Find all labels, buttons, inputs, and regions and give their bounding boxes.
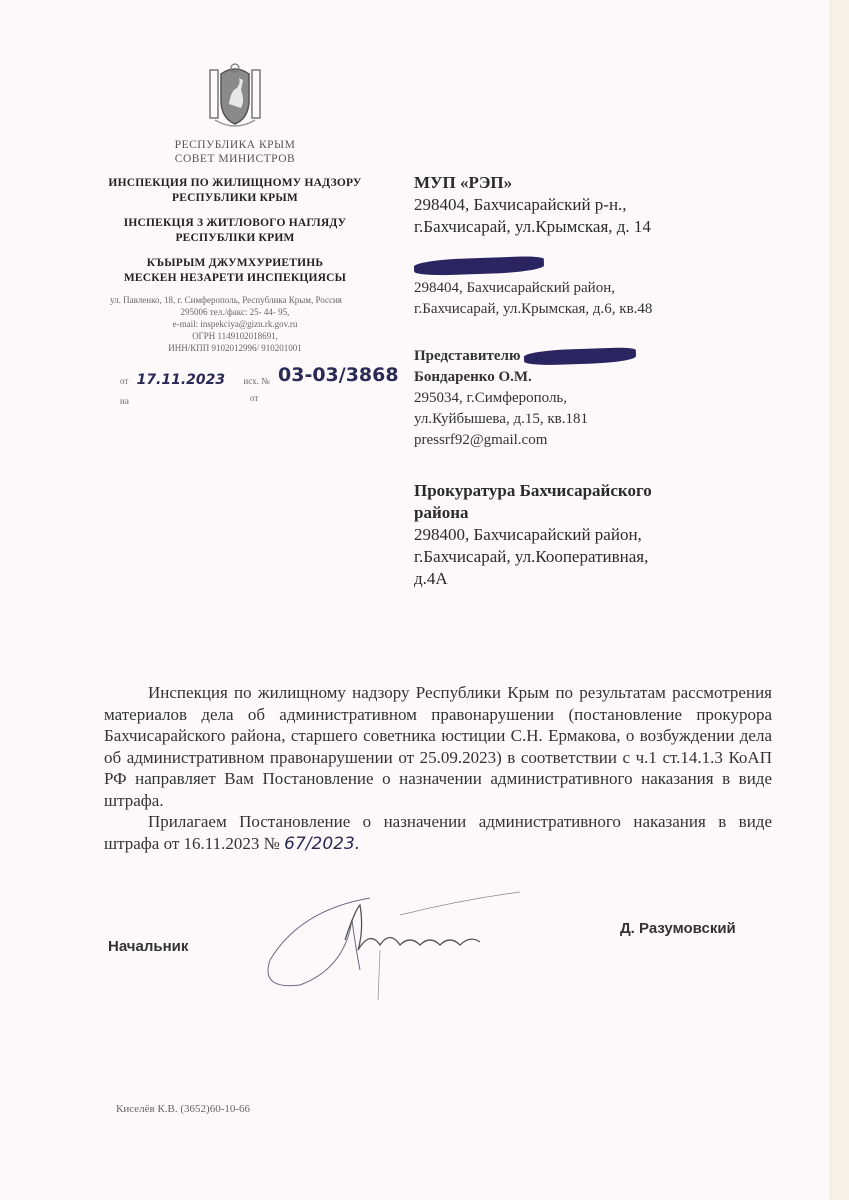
handwritten-resolution-number: 67/2023. [284, 834, 360, 854]
org-inn: ИНН/КПП 9102012996/ 910201001 [85, 342, 385, 354]
recipient-name: Прокуратура Бахчисарайского [414, 480, 814, 502]
council-title: СОВЕТ МИНИСТРОВ [85, 152, 385, 166]
org-name-ua: ІНСПЕКЦІЯ З ЖИТЛОВОГО НАГЛЯДУ РЕСПУБЛІКИ… [85, 216, 385, 246]
recipient-address-line: 298404, Бахчисарайский район, [414, 278, 814, 299]
recipient-address-line: г.Бахчисарай, ул.Кооперативная, [414, 546, 814, 568]
recipient-address-line: 298400, Бахчисарайский район, [414, 524, 814, 546]
recipient-redacted: 298404, Бахчисарайский район, г.Бахчисар… [414, 256, 814, 320]
redaction-mark [524, 347, 636, 366]
redaction-mark [414, 256, 544, 277]
handwritten-signature-icon [260, 890, 520, 1000]
recipient-address-line: г.Бахчисарай, ул.Крымская, д. 14 [414, 216, 814, 238]
recipient-mup-rep: МУП «РЭП» 298404, Бахчисарайский р-н., г… [414, 172, 814, 238]
org-email: e-mail: inspekciya@gizn.rk.gov.ru [85, 318, 385, 330]
org-ogrn: ОГРН 1149102018691, [85, 330, 385, 342]
body-paragraph-1: Инспекция по жилищному надзору Республик… [104, 682, 772, 811]
recipient-address-line: г.Бахчисарай, ул.Крымская, д.6, кв.48 [414, 299, 814, 320]
signatory-name: Д. Разумовский [620, 920, 736, 937]
letter-body: Инспекция по жилищному надзору Республик… [104, 682, 772, 855]
coat-of-arms-icon [207, 60, 263, 132]
reg-from2-label: от [250, 393, 258, 403]
recipient-address-line: 295034, г.Симферополь, [414, 388, 814, 409]
body-paragraph-2: Прилагаем Постановление о назначении адм… [104, 811, 772, 855]
org-name-ru: ИНСПЕКЦИЯ ПО ЖИЛИЩНОМУ НАДЗОРУ РЕСПУБЛИК… [85, 176, 385, 206]
registration-row: от 17.11.2023 исх. № [120, 372, 270, 388]
recipient-prosecutor: Прокуратура Бахчисарайского района 29840… [414, 480, 814, 590]
org-name-crh: КЪЫРЫМ ДЖУМХУРИЕТИНЬ МЕСКЕН НЕЗАРЕТИ ИНС… [85, 256, 385, 286]
handwritten-date: 17.11.2023 [137, 372, 226, 388]
executor-contact: Киселёв К.В. (3652)60-10-66 [116, 1103, 250, 1115]
handwritten-outgoing-number: 03-03/3868 [278, 364, 399, 386]
recipient-address-line: 298404, Бахчисарайский р-н., [414, 194, 814, 216]
signatory-position: Начальник [108, 938, 188, 955]
from-label: от [120, 376, 128, 386]
org-contacts: ул. Павленко, 18, г. Симферополь, Респуб… [85, 294, 385, 354]
scan-page-edge [830, 0, 849, 1200]
org-address: ул. Павленко, 18, г. Симферополь, Респуб… [67, 294, 385, 306]
recipient-name: МУП «РЭП» [414, 172, 814, 194]
recipient-address-line: ул.Куйбышева, д.15, кв.181 [414, 409, 814, 430]
recipient-name: Бондаренко О.М. [414, 367, 814, 388]
recipient-name-prefix: Представителю [414, 346, 814, 367]
letterhead: РЕСПУБЛИКА КРЫМ СОВЕТ МИНИСТРОВ ИНСПЕКЦИ… [85, 60, 385, 354]
org-phone: 295006 тел./факс: 25- 44- 95, [85, 306, 385, 318]
republic-title: РЕСПУБЛИКА КРЫМ [85, 138, 385, 152]
recipient-name-cont: района [414, 502, 814, 524]
reg-to-label: на [120, 396, 129, 406]
outgoing-number-label: исх. № [243, 376, 269, 386]
recipient-representative: Представителю Бондаренко О.М. 295034, г.… [414, 346, 814, 451]
recipient-email: pressrf92@gmail.com [414, 430, 814, 451]
recipient-address-line: д.4А [414, 568, 814, 590]
